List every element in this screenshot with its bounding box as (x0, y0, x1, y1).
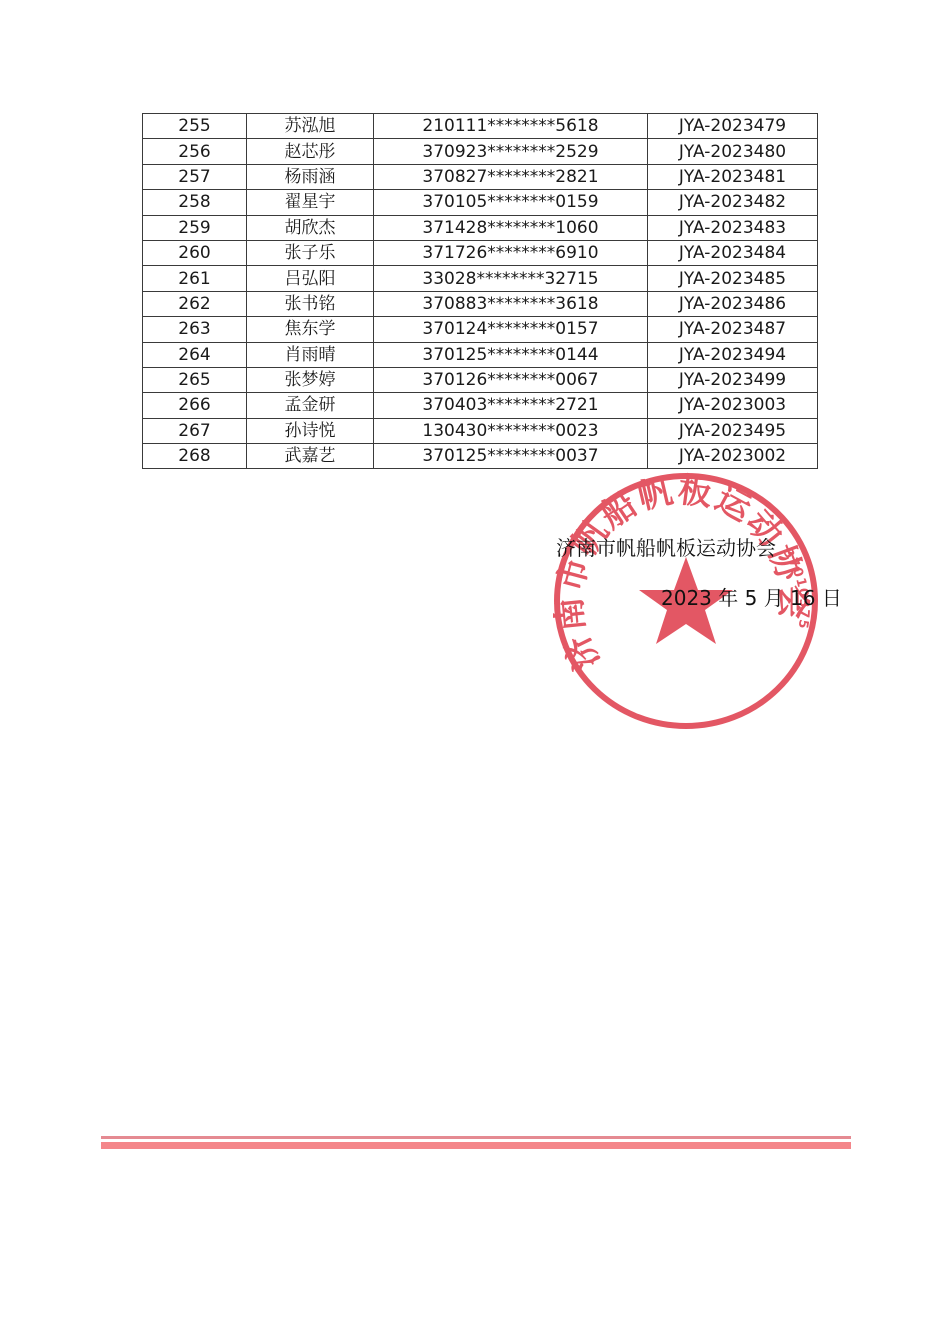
table-row: 265张梦婷370126********0067JYA-2023499 (143, 367, 818, 392)
roster-table-body: 255苏泓旭210111********5618JYA-2023479256赵芯… (143, 114, 818, 469)
row-number-cell: 263 (143, 317, 247, 342)
certificate-number-cell: JYA-2023494 (648, 342, 818, 367)
name-cell: 苏泓旭 (247, 114, 374, 139)
certificate-number-cell: JYA-2023485 (648, 266, 818, 291)
name-cell: 孙诗悦 (247, 418, 374, 443)
row-number-cell: 266 (143, 393, 247, 418)
row-number-cell: 264 (143, 342, 247, 367)
certificate-number-cell: JYA-2023480 (648, 139, 818, 164)
footer-rule-thin (101, 1136, 851, 1139)
name-cell: 吕弘阳 (247, 266, 374, 291)
table-row: 264肖雨晴370125********0144JYA-2023494 (143, 342, 818, 367)
id-number-cell: 371428********1060 (374, 215, 648, 240)
row-number-cell: 261 (143, 266, 247, 291)
id-number-cell: 370105********0159 (374, 190, 648, 215)
roster-table: 255苏泓旭210111********5618JYA-2023479256赵芯… (142, 113, 818, 469)
certificate-number-cell: JYA-2023483 (648, 215, 818, 240)
table-row: 261吕弘阳33028********32715JYA-2023485 (143, 266, 818, 291)
id-number-cell: 210111********5618 (374, 114, 648, 139)
certificate-number-cell: JYA-2023486 (648, 291, 818, 316)
name-cell: 张书铭 (247, 291, 374, 316)
table-row: 259胡欣杰371428********1060JYA-2023483 (143, 215, 818, 240)
name-cell: 杨雨涵 (247, 164, 374, 189)
id-number-cell: 130430********0023 (374, 418, 648, 443)
id-number-cell: 370827********2821 (374, 164, 648, 189)
name-cell: 张子乐 (247, 240, 374, 265)
signing-organization: 济南市帆船帆板运动协会 (556, 532, 776, 561)
table-row: 256赵芯彤370923********2529JYA-2023480 (143, 139, 818, 164)
row-number-cell: 259 (143, 215, 247, 240)
certificate-number-cell: JYA-2023003 (648, 393, 818, 418)
certificate-number-cell: JYA-2023499 (648, 367, 818, 392)
certificate-number-cell: JYA-2023479 (648, 114, 818, 139)
id-number-cell: 370125********0037 (374, 444, 648, 469)
id-number-cell: 370403********2721 (374, 393, 648, 418)
table-row: 263焦东学370124********0157JYA-2023487 (143, 317, 818, 342)
certificate-number-cell: JYA-2023484 (648, 240, 818, 265)
certificate-number-cell: JYA-2023002 (648, 444, 818, 469)
document-page: 255苏泓旭210111********5618JYA-2023479256赵芯… (0, 0, 943, 1333)
table-row: 258翟星宇370105********0159JYA-2023482 (143, 190, 818, 215)
id-number-cell: 33028********32715 (374, 266, 648, 291)
row-number-cell: 256 (143, 139, 247, 164)
row-number-cell: 260 (143, 240, 247, 265)
certificate-number-cell: JYA-2023482 (648, 190, 818, 215)
name-cell: 胡欣杰 (247, 215, 374, 240)
table-row: 268武嘉艺370125********0037JYA-2023002 (143, 444, 818, 469)
name-cell: 武嘉艺 (247, 444, 374, 469)
name-cell: 赵芯彤 (247, 139, 374, 164)
certificate-number-cell: JYA-2023481 (648, 164, 818, 189)
id-number-cell: 370126********0067 (374, 367, 648, 392)
row-number-cell: 262 (143, 291, 247, 316)
id-number-cell: 371726********6910 (374, 240, 648, 265)
name-cell: 肖雨晴 (247, 342, 374, 367)
row-number-cell: 258 (143, 190, 247, 215)
table-row: 255苏泓旭210111********5618JYA-2023479 (143, 114, 818, 139)
id-number-cell: 370125********0144 (374, 342, 648, 367)
signing-date: 2023 年 5 月 16 日 (661, 582, 842, 611)
name-cell: 焦东学 (247, 317, 374, 342)
id-number-cell: 370883********3618 (374, 291, 648, 316)
row-number-cell: 267 (143, 418, 247, 443)
table-row: 267孙诗悦130430********0023JYA-2023495 (143, 418, 818, 443)
table-row: 257杨雨涵370827********2821JYA-2023481 (143, 164, 818, 189)
row-number-cell: 265 (143, 367, 247, 392)
id-number-cell: 370923********2529 (374, 139, 648, 164)
row-number-cell: 255 (143, 114, 247, 139)
table-row: 262张书铭370883********3618JYA-2023486 (143, 291, 818, 316)
row-number-cell: 257 (143, 164, 247, 189)
name-cell: 孟金研 (247, 393, 374, 418)
footer-rule-thick (101, 1142, 851, 1149)
row-number-cell: 268 (143, 444, 247, 469)
table-row: 266孟金研370403********2721JYA-2023003 (143, 393, 818, 418)
name-cell: 翟星宇 (247, 190, 374, 215)
table-row: 260张子乐371726********6910JYA-2023484 (143, 240, 818, 265)
name-cell: 张梦婷 (247, 367, 374, 392)
certificate-number-cell: JYA-2023495 (648, 418, 818, 443)
id-number-cell: 370124********0157 (374, 317, 648, 342)
certificate-number-cell: JYA-2023487 (648, 317, 818, 342)
